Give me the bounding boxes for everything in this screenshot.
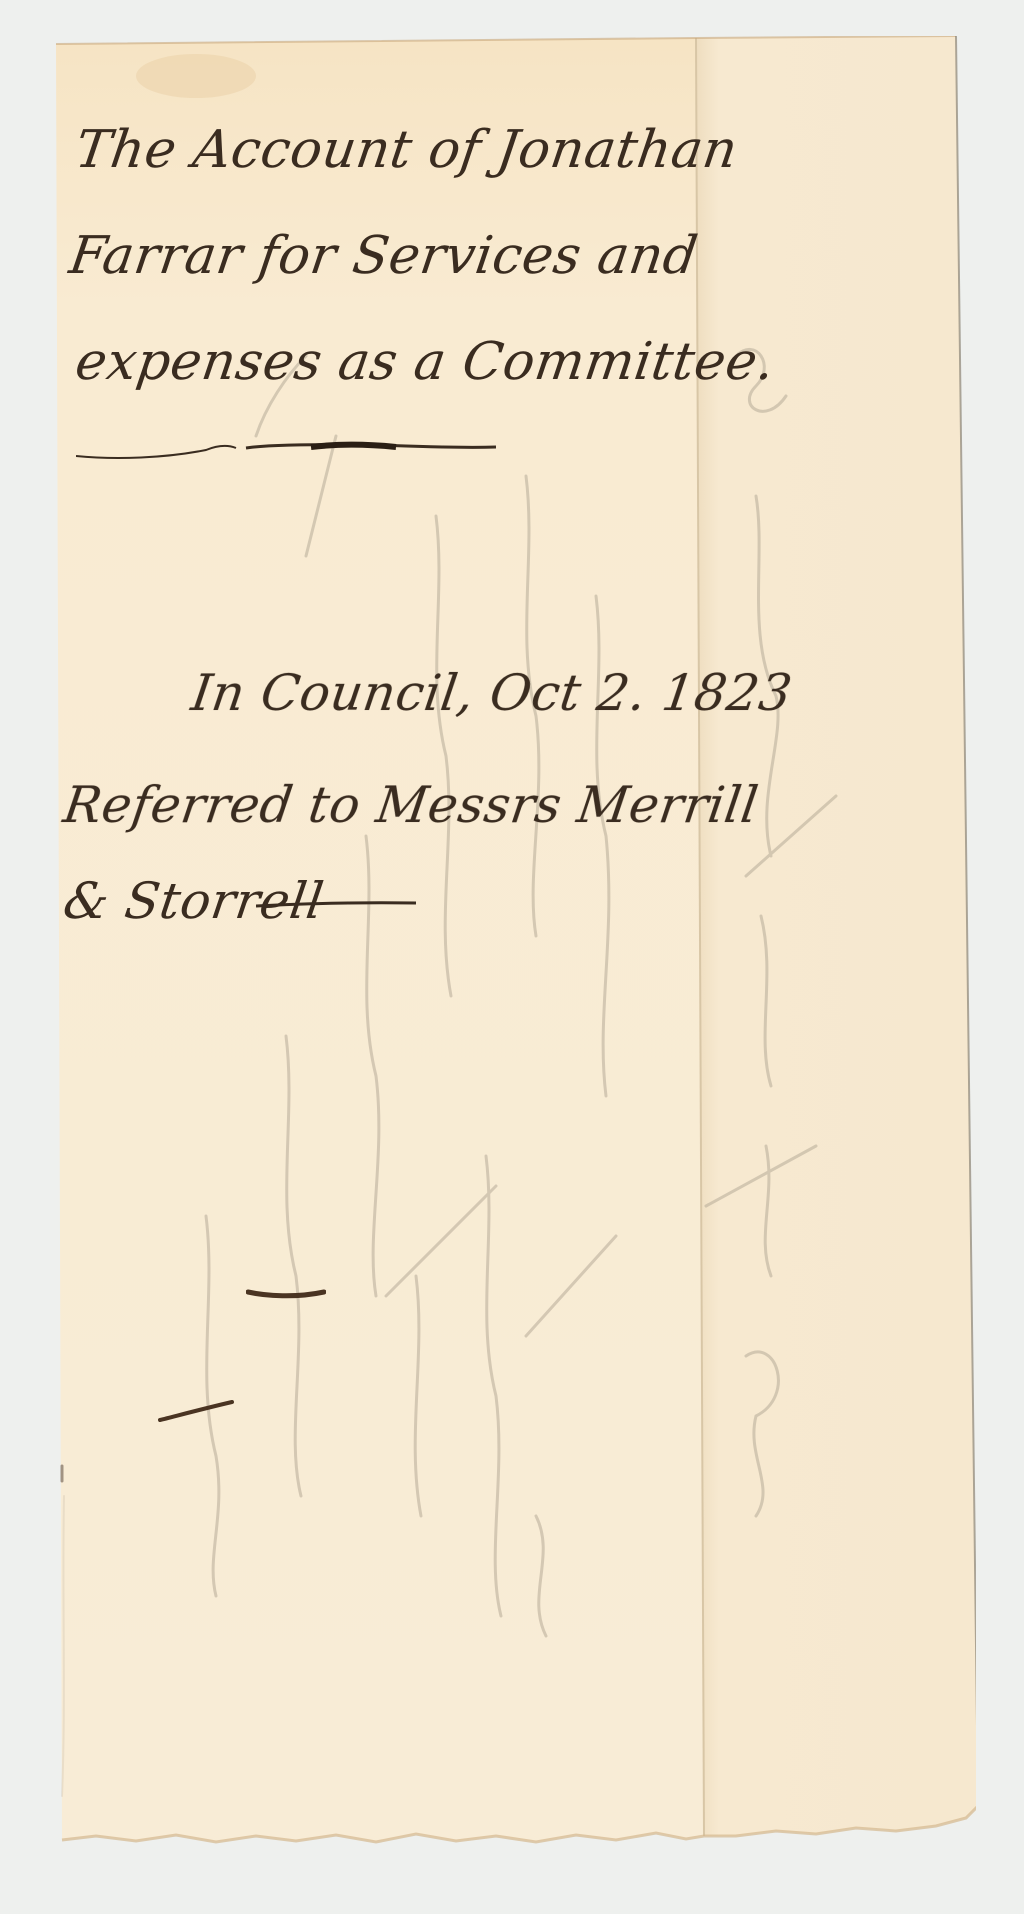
docket-line-1: The Account of Jonathan [72,120,742,180]
paper-sheet: The Account of Jonathan Farrar for Servi… [56,36,976,1876]
referral-underline [256,894,416,914]
endorsement-referral-1: Referred to Messrs Merrill [60,776,762,834]
ink-dash-1 [246,1286,326,1306]
ink-dash-2 [156,1396,236,1426]
docket-line-2: Farrar for Services and [66,226,702,286]
endorsement-date: In Council, Oct 2. 1823 [188,664,796,722]
paper-shape [56,36,976,1876]
docket-flourish-underline [76,436,496,466]
document-scan: The Account of Jonathan Farrar for Servi… [0,0,1024,1914]
docket-line-3: expenses as a Committee. [72,332,779,392]
